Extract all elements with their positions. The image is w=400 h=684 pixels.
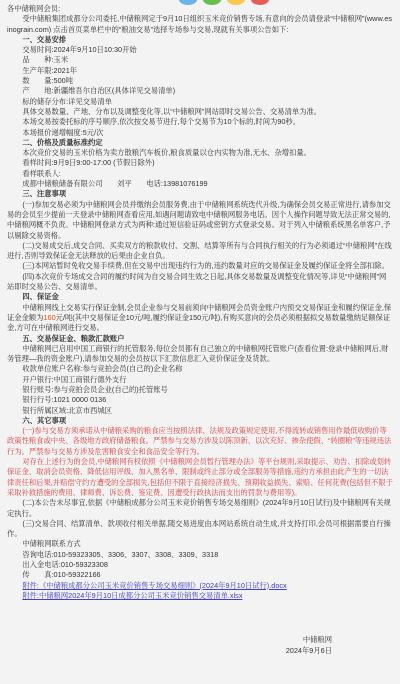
section-heading: 四、保证金 xyxy=(7,292,393,302)
doc-paragraph: 品 种:玉米 xyxy=(7,55,393,65)
attachment-row: 附件:《中储粮成都分公司玉米竞价销售专场交易细则》(2024年9月10日试行).… xyxy=(7,581,393,591)
attachment-link[interactable]: 附件:中储粮网2024年9月10日成都分公司玉米竞价销售交易清单.xlsx xyxy=(22,591,242,600)
attachment-row: 附件:中储粮网2024年9月10日成都分公司玉米竞价销售交易清单.xlsx xyxy=(7,591,393,601)
doc-paragraph: 银行行号:1021 0000 0136 xyxy=(7,395,393,405)
signature-block: 中储粮网 2024年9月6日 xyxy=(0,635,400,656)
announcement-page: 各中储粮网会员:受中储粮集团成都分公司委托,中储粮网定于9月10日组织玉米竞价销… xyxy=(0,0,400,684)
doc-paragraph: (三)本网站暂时免收交易手续费,但在交易中出现违约行为的,违约数量对应的交易保证… xyxy=(7,261,393,271)
warning-paragraph: (一)参与交易方须承诺从中储粮采购的粮食应当按照法律、法规及政策规定使用,不得流… xyxy=(7,426,393,457)
doc-paragraph: 成都中储粮储备有限公司 刘平 电话:13981076199 xyxy=(7,179,393,189)
doc-paragraph: 本场报价递增幅度:5元/次 xyxy=(7,128,393,138)
section-heading: 一、交易安排 xyxy=(7,35,393,45)
doc-paragraph: 具体交易数量、产地、分布以及调整变化等,以“中储粮网”网站即时交易公告、交易清单… xyxy=(7,107,393,117)
signature-date: 2024年9月6日 xyxy=(0,646,332,656)
doc-paragraph: 受中储粮集团成都分公司委托,中储粮网定于9月10日组织玉米竞价销售专场,有意向的… xyxy=(7,14,393,35)
doc-paragraph: 看样时间:9月9日9:00-17:00 (节假日除外) xyxy=(7,158,393,168)
top-share-icons xyxy=(179,0,269,5)
doc-paragraph: 开户银行:中国工商银行德外支行 xyxy=(7,375,393,385)
section-heading: 二、价格及质量标准约定 xyxy=(7,138,393,148)
doc-paragraph: 数 量:500吨 xyxy=(7,76,393,86)
warning-paragraph: 对存在上述行为的会员,中储粮网有权依照《中储粮网会员暂行管理办法》等平台规则,采… xyxy=(7,457,393,498)
doc-paragraph: 传 真:010-59322166 xyxy=(7,570,393,580)
doc-paragraph: 标的储存分布:详见交易清单 xyxy=(7,97,393,107)
doc-paragraph: 银行账号:参与竞拍会员企业(自己的)托管账号 xyxy=(7,385,393,395)
doc-paragraph: (二)本公告未尽事宜,依据《中储粮成都分公司玉米竞价销售专场交易细则》(2024… xyxy=(7,498,393,519)
doc-paragraph: 中储粮网已启用中国工商银行的托管服务,每位会员都有自己独立的中储粮网托管账户(查… xyxy=(7,344,393,365)
doc-paragraph: 银行所属区域:北京市西城区 xyxy=(7,406,393,416)
doc-paragraph: 收款单位账户名称:参与竞拍会员(自己的)企业名称 xyxy=(7,364,393,374)
doc-paragraph: 产 地:新疆维吾尔自治区(具体详见交易清单) xyxy=(7,86,393,96)
doc-paragraph: 看样联系人: xyxy=(7,169,393,179)
announcement-body: 各中储粮网会员:受中储粮集团成都分公司委托,中储粮网定于9月10日组织玉米竞价销… xyxy=(0,0,400,601)
attachment-link[interactable]: 附件:《中储粮成都分公司玉米竞价销售专场交易细则》(2024年9月10日试行).… xyxy=(22,581,286,590)
doc-paragraph: 本次竞价交易的玉米价格为卖方散粮汽车板价,粮食质量以仓内实物为准,无水、杂增扣量… xyxy=(7,148,393,158)
doc-paragraph: (二)交易成交后,成交合同、买卖双方的粮款收付、交割、结算等所有与合同执行相关的… xyxy=(7,241,393,262)
doc-paragraph: 各中储粮网会员: xyxy=(7,4,393,14)
share-dot-yellow-icon[interactable] xyxy=(227,0,245,5)
doc-paragraph: (四)本次竞价专场成交合同的履约时间为自交易合同生效之日起,具体交易数量及调整变… xyxy=(7,272,393,293)
doc-paragraph: (一)参加交易必须为中储粮网会员并缴纳会员服务费,由于中储粮网系统迭代升级,为确… xyxy=(7,200,393,241)
deposit-paragraph: 中储粮网线上交易实行保证金制,会员企业参与交易前须向中储粮网会员资金账户内预交交… xyxy=(7,303,393,334)
doc-paragraph: 出入金电话:010-59323308 xyxy=(7,560,393,570)
share-dot-green-icon[interactable] xyxy=(203,0,221,5)
share-dot-red-icon[interactable] xyxy=(251,0,269,5)
signature-org: 中储粮网 xyxy=(0,635,332,645)
deposit-text-after: 元/吨(其中交易保证金10元/吨,履约保证金150元/吨),有购买意向的会员必须… xyxy=(7,313,390,332)
doc-paragraph: 交易时间:2024年9月10日10:30开始 xyxy=(7,45,393,55)
section-heading: 五、交易保证金、粮款汇款账户 xyxy=(7,334,393,344)
doc-paragraph: 生产年限:2021年 xyxy=(7,66,393,76)
doc-paragraph: (三)交易合同、结算清单、款项收付相关单据,随交易进度由本网站系统自动生成,并支… xyxy=(7,519,393,540)
deposit-amount: 160 xyxy=(43,313,55,322)
share-dot-blue-icon[interactable] xyxy=(179,0,197,5)
section-heading: 六、其它事项 xyxy=(7,416,393,426)
doc-paragraph: 咨询电话:010-59323305、3306、3307、3308、3309、33… xyxy=(7,550,393,560)
section-heading: 三、注意事项 xyxy=(7,189,393,199)
doc-paragraph: 本场交易按委托标的序号顺序,依次按交易节进行,每个交易节为10个标的,时间为90… xyxy=(7,117,393,127)
doc-paragraph: 中储粮网联系方式 xyxy=(7,539,393,549)
